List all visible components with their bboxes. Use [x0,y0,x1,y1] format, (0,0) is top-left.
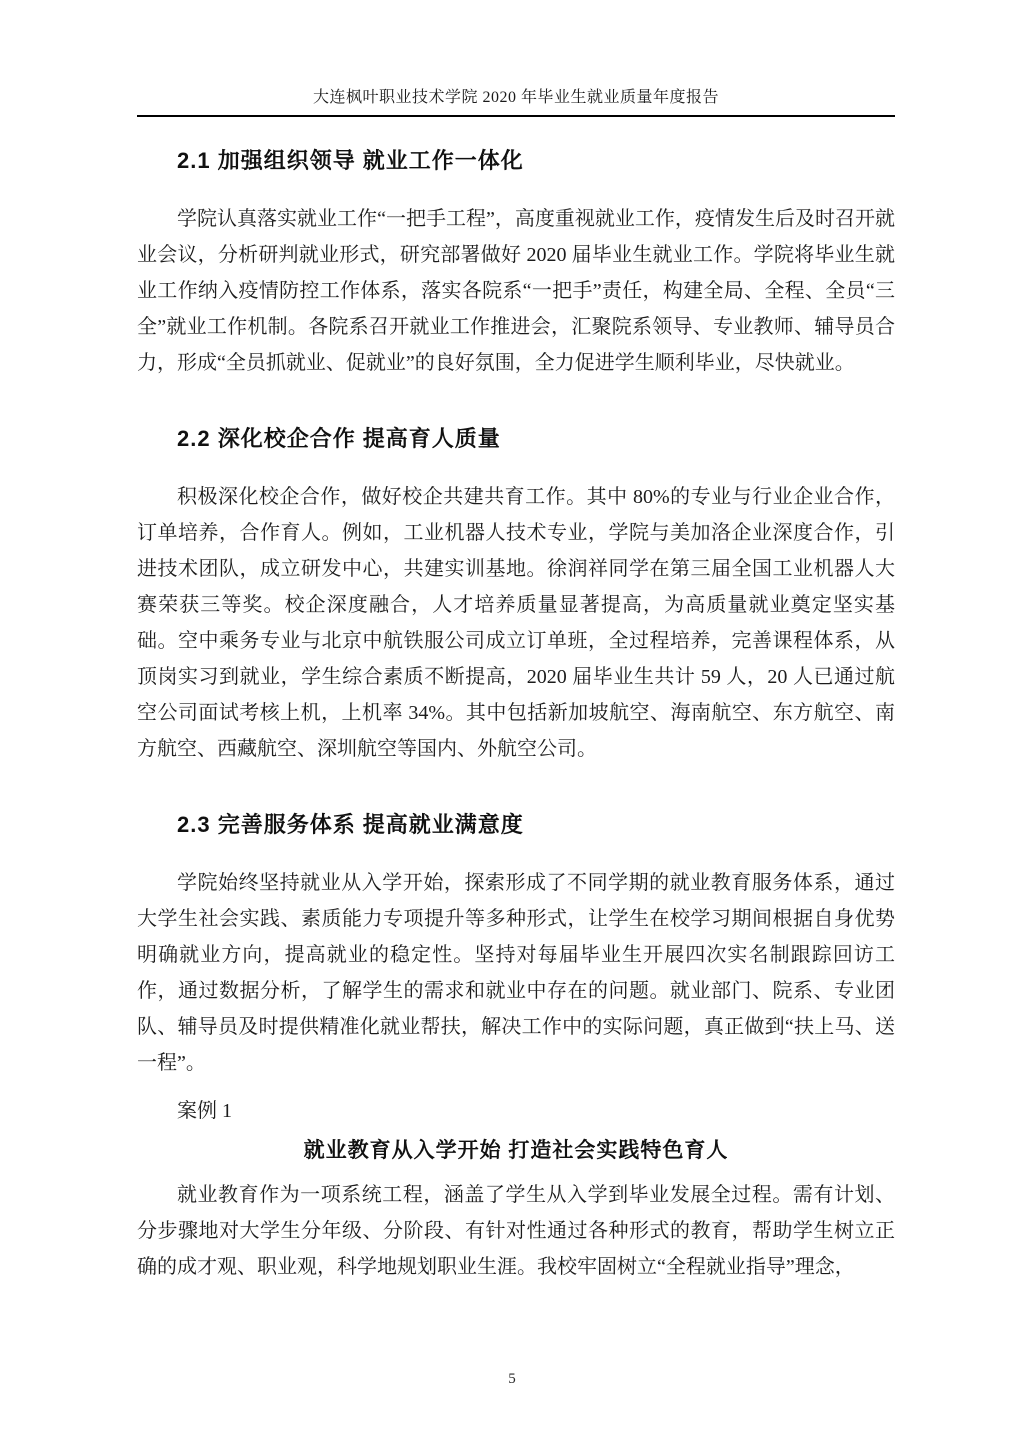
section-2-3-heading: 2.3 完善服务体系 提高就业满意度 [137,811,895,839]
page-content: 大连枫叶职业技术学院 2020 年毕业生就业质量年度报告 2.1 加强组织领导 … [137,0,895,1285]
document-page: 大连枫叶职业技术学院 2020 年毕业生就业质量年度报告 2.1 加强组织领导 … [0,0,1024,1448]
section-2-2: 2.2 深化校企合作 提高育人质量 积极深化校企合作，做好校企共建共育工作。其中… [137,425,895,767]
page-number: 5 [508,1371,516,1387]
section-2-2-heading: 2.2 深化校企合作 提高育人质量 [137,425,895,453]
section-2-1-paragraph: 学院认真落实就业工作“一把手工程”，高度重视就业工作，疫情发生后及时召开就业会议… [137,201,895,381]
case-title: 就业教育从入学开始 打造社会实践特色育人 [137,1137,895,1165]
page-header: 大连枫叶职业技术学院 2020 年毕业生就业质量年度报告 [137,0,895,117]
section-2-3-paragraph: 学院始终坚持就业从入学开始，探索形成了不同学期的就业教育服务体系，通过大学生社会… [137,865,895,1081]
page-footer: 5 [0,1370,1024,1388]
header-divider [137,115,895,117]
case-paragraph: 就业教育作为一项系统工程，涵盖了学生从入学到毕业发展全过程。需有计划、分步骤地对… [137,1177,895,1285]
header-title: 大连枫叶职业技术学院 2020 年毕业生就业质量年度报告 [137,88,895,108]
section-2-1: 2.1 加强组织领导 就业工作一体化 学院认真落实就业工作“一把手工程”，高度重… [137,147,895,381]
case-study-1: 案例 1 就业教育从入学开始 打造社会实践特色育人 就业教育作为一项系统工程，涵… [137,1093,895,1285]
section-2-3: 2.3 完善服务体系 提高就业满意度 学院始终坚持就业从入学开始，探索形成了不同… [137,811,895,1081]
section-2-1-heading: 2.1 加强组织领导 就业工作一体化 [137,147,895,175]
case-label: 案例 1 [137,1093,895,1129]
section-2-2-paragraph: 积极深化校企合作，做好校企共建共育工作。其中 80%的专业与行业企业合作，订单培… [137,479,895,767]
